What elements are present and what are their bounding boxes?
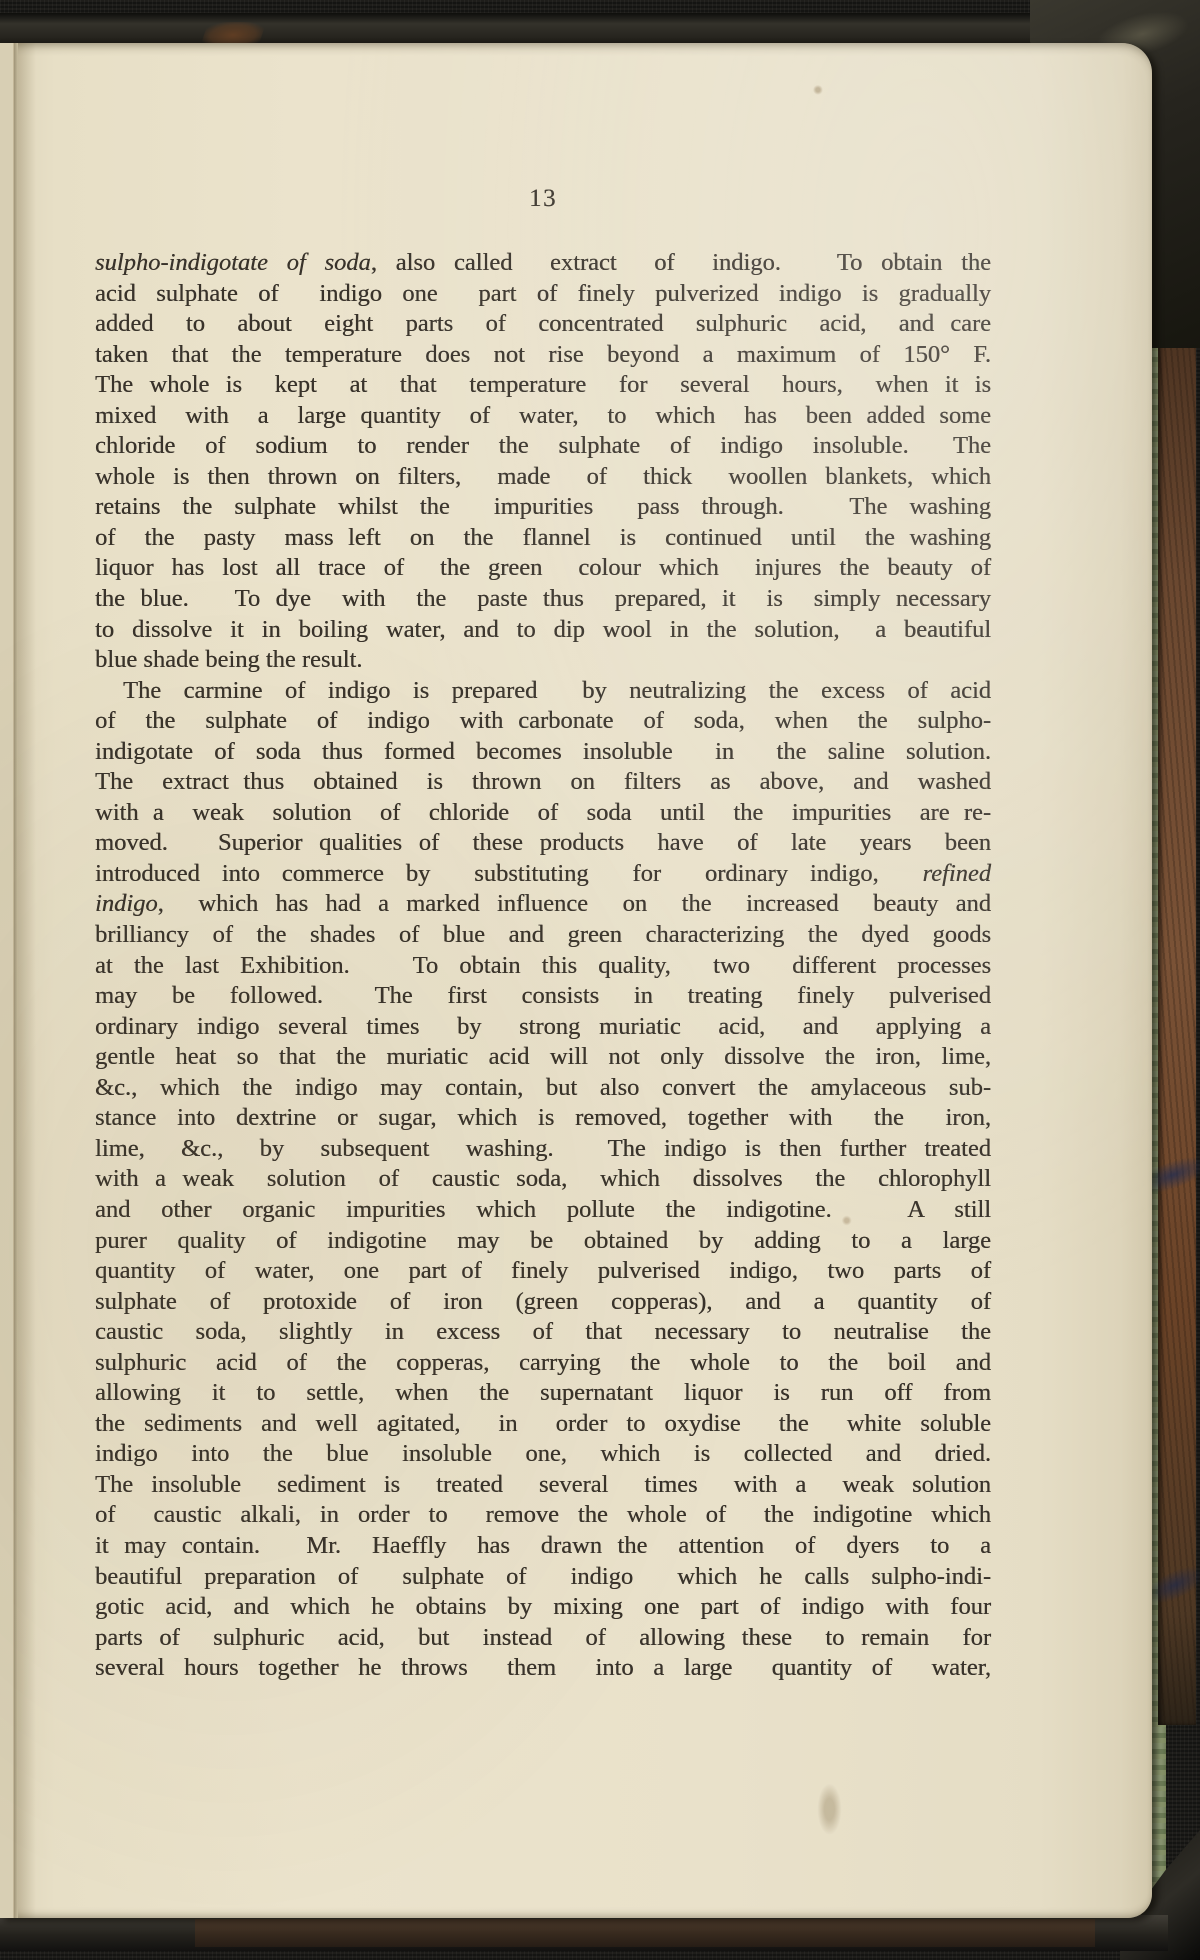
text-line: sulphuric acid of the copperas, carrying… xyxy=(95,1348,991,1379)
text-segment: of caustic alkali, in order to remove th… xyxy=(95,1501,991,1528)
text-segment: of the sulphate of indigo with carbonate… xyxy=(95,707,991,734)
text-segment: retains the sulphate whilst the impuriti… xyxy=(95,493,991,520)
text-segment: introduced into commerce by substituting… xyxy=(95,860,923,887)
text-line: taken that the temperature does not rise… xyxy=(95,340,991,371)
text-segment: purer quality of indigotine may be obtai… xyxy=(95,1227,991,1254)
text-line: indigo into the blue insoluble one, whic… xyxy=(95,1439,991,1470)
text-segment: to dissolve it in boiling water, and to … xyxy=(95,616,991,643)
italic-text-segment: indigo xyxy=(95,890,158,917)
text-segment: beautiful preparation of sulphate of ind… xyxy=(95,1563,991,1590)
page-text: sulpho-indigotate of soda, also called e… xyxy=(95,248,991,1684)
text-segment: with a weak solution of caustic soda, wh… xyxy=(95,1165,991,1192)
text-segment: The whole is kept at that temperature fo… xyxy=(95,371,991,398)
text-line: lime, &c., by subsequent washing. The in… xyxy=(95,1134,991,1165)
text-segment: The insoluble sediment is treated severa… xyxy=(95,1471,991,1498)
text-segment: the blue. To dye with the paste thus pre… xyxy=(95,585,991,612)
text-segment: chloride of sodium to render the sulphat… xyxy=(95,432,991,459)
text-segment: several hours together he throws them in… xyxy=(95,1654,991,1681)
book-page: 13 sulpho-indigotate of soda, also calle… xyxy=(0,43,1152,1918)
underlying-page-edge xyxy=(0,43,14,1918)
text-segment: taken that the temperature does not rise… xyxy=(95,341,991,368)
text-segment: whole is then thrown on filters, made of… xyxy=(95,463,991,490)
text-line: gentle heat so that the muriatic acid wi… xyxy=(95,1042,991,1073)
scanned-book-page-photo: 13 sulpho-indigotate of soda, also calle… xyxy=(0,0,1200,1960)
text-segment: the sediments and well agitated, in orde… xyxy=(95,1410,991,1437)
page-gutter-shadow xyxy=(18,43,36,1918)
text-line: brilliancy of the shades of blue and gre… xyxy=(95,920,991,951)
text-line: The extract thus obtained is thrown on f… xyxy=(95,767,991,798)
text-line: moved. Superior qualities of these produ… xyxy=(95,828,991,859)
text-segment: indigo into the blue insoluble one, whic… xyxy=(95,1440,991,1467)
text-segment: &c., which the indigo may contain, but a… xyxy=(95,1074,991,1101)
text-line: the blue. To dye with the paste thus pre… xyxy=(95,584,991,615)
text-line: stance into dextrine or sugar, which is … xyxy=(95,1103,991,1134)
text-segment: may be followed. The first consists in t… xyxy=(95,982,991,1009)
text-line: purer quality of indigotine may be obtai… xyxy=(95,1226,991,1257)
text-line: added to about eight parts of concentrat… xyxy=(95,309,991,340)
text-segment: gentle heat so that the muriatic acid wi… xyxy=(95,1043,991,1070)
text-line: sulphate of protoxide of iron (green cop… xyxy=(95,1287,991,1318)
text-line: retains the sulphate whilst the impuriti… xyxy=(95,492,991,523)
text-segment: sulphate of protoxide of iron (green cop… xyxy=(95,1288,991,1315)
text-line: The insoluble sediment is treated severa… xyxy=(95,1470,991,1501)
page-number: 13 xyxy=(95,185,991,213)
text-segment: acid sulphate of indigo one part of fine… xyxy=(95,280,991,307)
text-line: may be followed. The first consists in t… xyxy=(95,981,991,1012)
text-segment: The extract thus obtained is thrown on f… xyxy=(95,768,991,795)
text-line: introduced into commerce by substituting… xyxy=(95,859,991,890)
text-line: quantity of water, one part of finely pu… xyxy=(95,1256,991,1287)
italic-text-segment: sulpho-indigotate of soda xyxy=(95,249,371,276)
text-segment: mixed with a large quantity of water, to… xyxy=(95,402,991,429)
text-line: the sediments and well agitated, in orde… xyxy=(95,1409,991,1440)
text-segment: at the last Exhibition. To obtain this q… xyxy=(95,952,991,979)
text-segment: lime, &c., by subsequent washing. The in… xyxy=(95,1135,991,1162)
text-segment: gotic acid, and which he obtains by mixi… xyxy=(95,1593,991,1620)
text-line: blue shade being the result. xyxy=(95,645,991,676)
text-line: allowing it to settle, when the supernat… xyxy=(95,1378,991,1409)
text-segment: , which has had a marked influence on th… xyxy=(158,890,991,917)
text-segment: of the pasty mass left on the flannel is… xyxy=(95,524,991,551)
text-line: sulpho-indigotate of soda, also called e… xyxy=(95,248,991,279)
text-line: at the last Exhibition. To obtain this q… xyxy=(95,951,991,982)
text-segment: parts of sulphuric acid, but instead of … xyxy=(95,1624,991,1651)
text-line: with a weak solution of chloride of soda… xyxy=(95,798,991,829)
photographed-book: { "page": { "number": "13", "lines": [ {… xyxy=(0,0,1200,1960)
text-line: mixed with a large quantity of water, to… xyxy=(95,401,991,432)
text-segment: The carmine of indigo is prepared by neu… xyxy=(123,677,991,704)
text-segment: liquor has lost all trace of the green c… xyxy=(95,554,991,581)
text-segment: it may contain. Mr. Haeffly has drawn th… xyxy=(95,1532,991,1559)
text-line: it may contain. Mr. Haeffly has drawn th… xyxy=(95,1531,991,1562)
text-segment: sulphuric acid of the copperas, carrying… xyxy=(95,1349,991,1376)
text-line: of the sulphate of indigo with carbonate… xyxy=(95,706,991,737)
text-line: liquor has lost all trace of the green c… xyxy=(95,553,991,584)
text-line: ordinary indigo several times by strong … xyxy=(95,1012,991,1043)
text-line: chloride of sodium to render the sulphat… xyxy=(95,431,991,462)
text-line: whole is then thrown on filters, made of… xyxy=(95,462,991,493)
text-segment: , also called extract of indigo. To obta… xyxy=(371,249,991,276)
text-segment: and other organic impurities which pollu… xyxy=(95,1196,991,1223)
leather-worn-patch xyxy=(195,1919,1095,1947)
text-segment: caustic soda, slightly in excess of that… xyxy=(95,1318,991,1345)
text-line: caustic soda, slightly in excess of that… xyxy=(95,1317,991,1348)
text-segment: moved. Superior qualities of these produ… xyxy=(95,829,991,856)
text-segment: allowing it to settle, when the supernat… xyxy=(95,1379,991,1406)
text-line: indigo, which has had a marked influence… xyxy=(95,889,991,920)
text-line: indigotate of soda thus formed becomes i… xyxy=(95,737,991,768)
text-segment: with a weak solution of chloride of soda… xyxy=(95,799,991,826)
text-segment: quantity of water, one part of finely pu… xyxy=(95,1257,991,1284)
text-line: The carmine of indigo is prepared by neu… xyxy=(95,676,991,707)
text-line: The whole is kept at that temperature fo… xyxy=(95,370,991,401)
text-line: of the pasty mass left on the flannel is… xyxy=(95,523,991,554)
text-line: &c., which the indigo may contain, but a… xyxy=(95,1073,991,1104)
text-line: gotic acid, and which he obtains by mixi… xyxy=(95,1592,991,1623)
italic-text-segment: refined xyxy=(923,860,992,887)
text-segment: stance into dextrine or sugar, which is … xyxy=(95,1104,991,1131)
text-segment: ordinary indigo several times by strong … xyxy=(95,1013,991,1040)
leather-board-edge xyxy=(1158,330,1196,1725)
text-line: acid sulphate of indigo one part of fine… xyxy=(95,279,991,310)
text-line: several hours together he throws them in… xyxy=(95,1653,991,1684)
text-segment: added to about eight parts of concentrat… xyxy=(95,310,991,337)
text-segment: brilliancy of the shades of blue and gre… xyxy=(95,921,991,948)
text-line: parts of sulphuric acid, but instead of … xyxy=(95,1623,991,1654)
text-line: to dissolve it in boiling water, and to … xyxy=(95,615,991,646)
text-line: with a weak solution of caustic soda, wh… xyxy=(95,1164,991,1195)
text-line: of caustic alkali, in order to remove th… xyxy=(95,1500,991,1531)
text-line: and other organic impurities which pollu… xyxy=(95,1195,991,1226)
text-segment: blue shade being the result. xyxy=(95,646,362,673)
text-segment: indigotate of soda thus formed becomes i… xyxy=(95,738,991,765)
text-line: beautiful preparation of sulphate of ind… xyxy=(95,1562,991,1593)
